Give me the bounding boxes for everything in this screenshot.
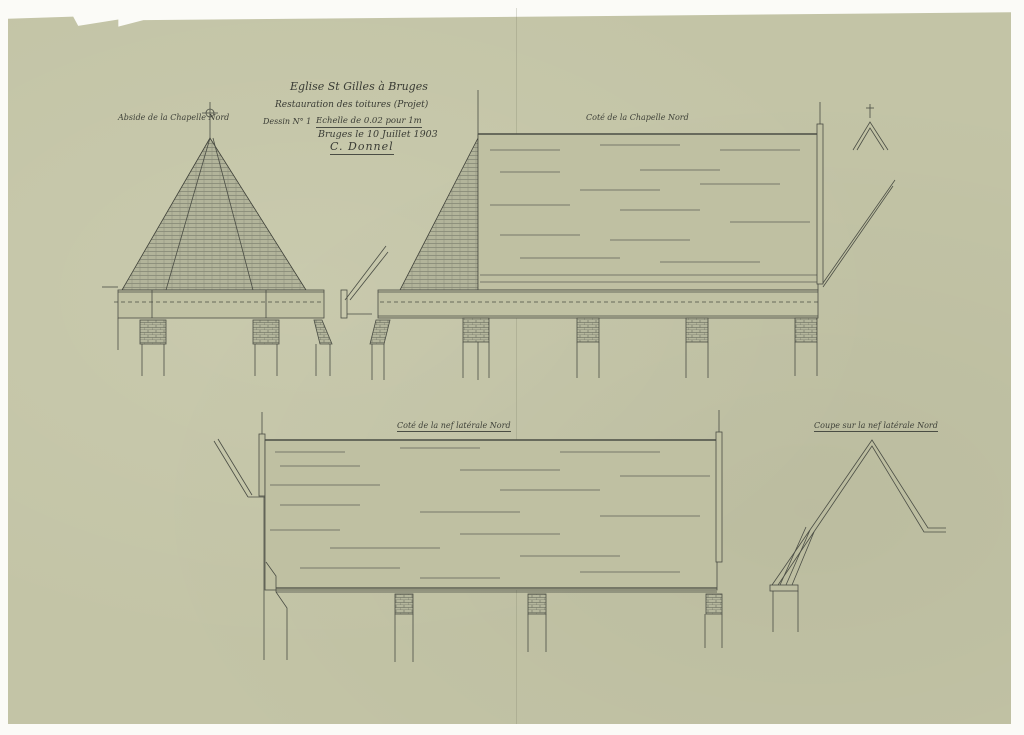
signature: C. Donnel (330, 140, 394, 155)
scale-note: Echelle de 0.02 pour 1m (316, 116, 422, 128)
view-label-apse: Abside de la Chapelle Nord (118, 113, 229, 122)
architectural-drawing (0, 0, 1024, 735)
view-label-nave-section: Coupe sur la nef latérale Nord (814, 421, 938, 432)
project-title: Restauration des toitures (Projet) (275, 100, 428, 110)
view-label-nave-side: Coté de la nef latérale Nord (397, 421, 511, 432)
nave-side-elevation (214, 410, 722, 662)
nave-section (770, 440, 946, 632)
place-date: Bruges le 10 Juillet 1903 (318, 129, 438, 140)
church-name: Eglise St Gilles à Bruges (290, 80, 428, 93)
drawing-number: Dessin N° 1 (263, 117, 311, 126)
apse-elevation (102, 102, 332, 376)
view-label-chapel-side: Coté de la Chapelle Nord (586, 113, 689, 122)
